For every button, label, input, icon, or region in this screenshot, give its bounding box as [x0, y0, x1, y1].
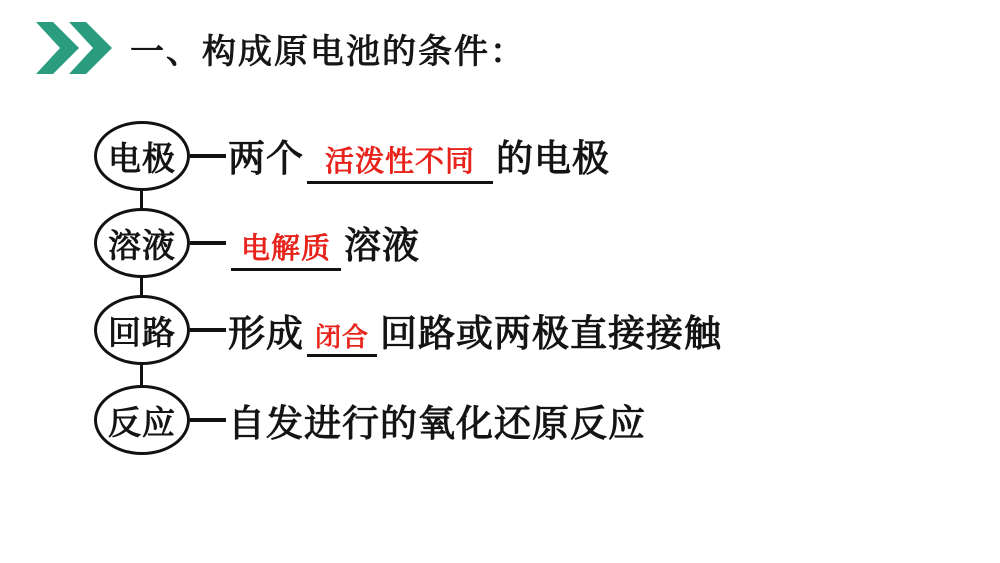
diagram-row: 反应自发进行的氧化还原反应 [94, 380, 646, 460]
node-ellipse: 回路 [94, 295, 190, 365]
node-label: 电极 [108, 133, 176, 180]
double-chevron-right-icon [36, 22, 114, 74]
diagram-row: 溶液电解质溶液 [94, 203, 420, 283]
node-ellipse: 电极 [94, 121, 190, 191]
fill-in-answer: 闭合 [307, 321, 377, 357]
node-label: 反应 [108, 397, 176, 444]
text-segment: 形成 [228, 314, 304, 355]
node-ellipse: 反应 [94, 385, 190, 455]
page-title: 一、构成原电池的条件： [130, 24, 526, 73]
diagram-row: 电极两个活泼性不同的电极 [94, 116, 610, 196]
slide: 一、构成原电池的条件： 电极两个活泼性不同的电极溶液电解质溶液回路形成闭合回路或… [0, 0, 1000, 563]
node-label: 溶液 [108, 220, 176, 267]
text-segment: 两个 [228, 139, 304, 180]
diagram-row: 回路形成闭合回路或两极直接接触 [94, 290, 722, 370]
text-segment: 自发进行的氧化还原反应 [228, 404, 646, 445]
condition-text: 自发进行的氧化还原反应 [226, 393, 646, 447]
condition-text: 形成闭合回路或两极直接接触 [226, 303, 722, 357]
text-segment: 的电极 [496, 139, 610, 180]
condition-text: 电解质溶液 [226, 215, 420, 270]
fill-in-answer: 活泼性不同 [307, 144, 493, 183]
connector-line [190, 241, 226, 245]
slide-header: 一、构成原电池的条件： [36, 22, 526, 74]
connector-line [190, 418, 226, 422]
fill-in-answer: 电解质 [231, 231, 341, 270]
node-ellipse: 溶液 [94, 208, 190, 278]
connector-line [190, 328, 226, 332]
node-label: 回路 [108, 307, 176, 354]
text-segment: 回路或两极直接接触 [380, 314, 722, 355]
text-segment: 溶液 [344, 226, 420, 267]
condition-text: 两个活泼性不同的电极 [226, 128, 610, 183]
connector-line [190, 154, 226, 158]
